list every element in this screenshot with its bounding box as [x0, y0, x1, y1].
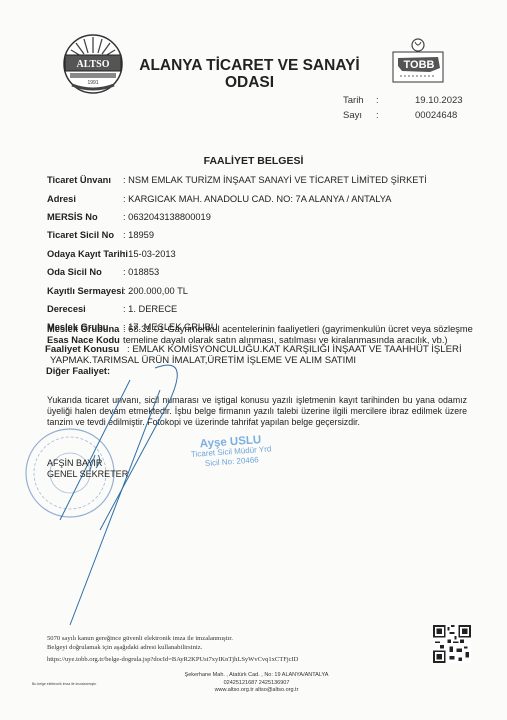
- field-row-registration-date: Odaya Kayıt Tarihi: 15-03-2013: [47, 245, 427, 263]
- field-value: : KARGICAK MAH. ANADOLU CAD. NO: 7A ALAN…: [123, 194, 392, 204]
- field-row-chamber-registry: Oda Sicil No: 018853: [47, 263, 427, 281]
- field-row-capital: Kayıtlı Sermayesi: 200.000,00 TL: [47, 281, 427, 299]
- activity-label: Faaliyet Konusu: [45, 345, 127, 356]
- secretary-signature: AFŞİN BAYIR GENEL SEKRETER: [47, 458, 128, 479]
- registry-stamp: Ayşe USLU Ticaret Sicil Müdür Yrd Sicil …: [190, 434, 272, 470]
- field-label: Ticaret Ünvanı: [47, 175, 123, 185]
- nace-value: temeline dayalı olarak satın alınması, s…: [123, 335, 448, 345]
- field-value: : 1. DERECE: [123, 304, 177, 314]
- verification-url[interactable]: https://uye.tobb.org.tr/belge-dogrula.js…: [47, 656, 298, 663]
- handwritten-signature: [40, 360, 200, 630]
- date-value: 19.10.2023: [415, 95, 463, 106]
- number-label: Sayı: [343, 110, 376, 121]
- nace-label: Meslek Grubuna: [47, 324, 123, 335]
- activity-value: : EMLAK KOMİSYONCULUĞU.KAT KARŞILIĞI İNŞ…: [127, 344, 462, 355]
- field-row-address: Adresi: KARGICAK MAH. ANADOLU CAD. NO: 7…: [47, 189, 427, 207]
- document-meta: Tarih : 19.10.2023 Sayı : 00024648: [343, 93, 463, 123]
- field-label: MERSİS No: [47, 212, 123, 222]
- field-row-mersis: MERSİS No: 0632043138800019: [47, 208, 427, 226]
- field-value: : 15-03-2013: [123, 249, 176, 259]
- tobb-logo: TOBB: [390, 38, 446, 86]
- field-value: : 200.000,00 TL: [123, 286, 188, 296]
- field-label: Oda Sicil No: [47, 267, 123, 277]
- date-row: Tarih : 19.10.2023: [343, 93, 463, 108]
- field-value: : 18959: [123, 230, 154, 240]
- field-value: : 018853: [123, 267, 159, 277]
- notice-line-1: 5070 sayılı kanun gereğince güvenli elek…: [47, 635, 233, 644]
- secretary-title: GENEL SEKRETER: [47, 469, 128, 480]
- nace-value: : 68.31.01-Gayrimenkul acentelerinin faa…: [123, 324, 473, 334]
- field-row-trade-registry: Ticaret Sicil No: 18959: [47, 226, 427, 244]
- field-value: : NSM EMLAK TURİZM İNŞAAT SANAYİ VE TİCA…: [123, 175, 427, 185]
- field-value: : 0632043138800019: [123, 212, 211, 222]
- footer-web-email: www.altso.org.tr altso@altso.org.tr: [6, 687, 507, 695]
- field-row-trade-name: Ticaret Ünvanı: NSM EMLAK TURİZM İNŞAAT …: [47, 171, 427, 189]
- nace-row-1: Meslek Grubuna: 68.31.01-Gayrimenkul ace…: [47, 324, 473, 335]
- field-row-degree: Derecesi: 1. DERECE: [47, 300, 427, 318]
- qr-code[interactable]: [433, 625, 471, 663]
- date-separator: :: [376, 95, 415, 106]
- e-signature-notice: 5070 sayılı kanun gereğince güvenli elek…: [47, 635, 233, 652]
- svg-text:TOBB: TOBB: [404, 59, 435, 71]
- secretary-name: AFŞİN BAYIR: [47, 458, 128, 469]
- field-label: Ticaret Sicil No: [47, 230, 123, 240]
- number-row: Sayı : 00024648: [343, 108, 463, 123]
- activity-row: Faaliyet Konusu: EMLAK KOMİSYONCULUĞU.KA…: [45, 345, 473, 356]
- document-title: FAALİYET BELGESİ: [0, 155, 507, 167]
- field-label: Odaya Kayıt Tarihi: [47, 249, 123, 259]
- field-list: Ticaret Ünvanı: NSM EMLAK TURİZM İNŞAAT …: [47, 171, 427, 337]
- number-value: 00024648: [415, 110, 457, 121]
- field-label: Derecesi: [47, 304, 123, 314]
- notice-line-2: Belgeyi doğrulamak için aşağıdaki adresi…: [47, 644, 233, 653]
- field-label: Kayıtlı Sermayesi: [47, 286, 123, 296]
- footer-address: Şekerhane Mah. , Atatürk Cad. , No: 19 A…: [6, 672, 507, 680]
- esign-note: Bu belge elektronik imza ile imzalanmışt…: [32, 682, 96, 686]
- field-label: Adresi: [47, 194, 123, 204]
- date-label: Tarih: [343, 95, 376, 106]
- number-separator: :: [376, 110, 415, 121]
